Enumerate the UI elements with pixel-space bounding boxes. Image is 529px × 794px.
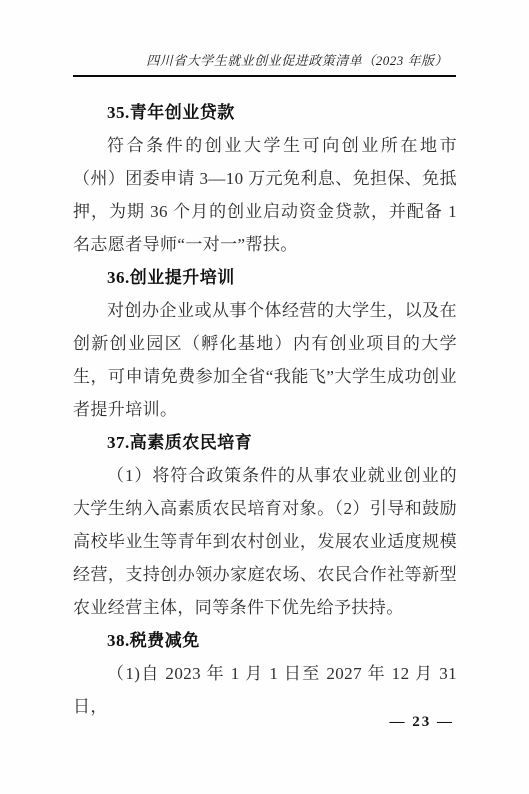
section-heading: 37.高素质农民培育 xyxy=(73,426,457,459)
section-38: 38.税费减免 （1)自 2023 年 1 月 1 日至 2027 年 12 月… xyxy=(73,624,457,723)
section-36: 36.创业提升培训 对创办企业或从事个体经营的大学生，以及在创新创业园区（孵化基… xyxy=(73,261,457,426)
document-body: 35.青年创业贷款 符合条件的创业大学生可向创业所在地市（州）团委申请 3—10… xyxy=(73,96,457,723)
header-rule xyxy=(73,75,456,77)
paragraph: （1）将符合政策条件的从事农业就业创业的大学生纳入高素质农民培育对象。（2）引导… xyxy=(73,459,457,624)
section-heading: 38.税费减免 xyxy=(73,624,457,657)
document-page: 四川省大学生就业创业促进政策清单（2023 年版） 35.青年创业贷款 符合条件… xyxy=(0,0,529,794)
page-header: 四川省大学生就业创业促进政策清单（2023 年版） xyxy=(73,52,456,77)
paragraph: 符合条件的创业大学生可向创业所在地市（州）团委申请 3—10 万元免利息、免担保… xyxy=(73,129,457,261)
paragraph: 对创办企业或从事个体经营的大学生，以及在创新创业园区（孵化基地）内有创业项目的大… xyxy=(73,294,457,426)
section-35: 35.青年创业贷款 符合条件的创业大学生可向创业所在地市（州）团委申请 3—10… xyxy=(73,96,457,261)
section-heading: 36.创业提升培训 xyxy=(73,261,457,294)
header-title: 四川省大学生就业创业促进政策清单（2023 年版） xyxy=(146,53,456,69)
section-heading: 35.青年创业贷款 xyxy=(73,96,457,129)
section-37: 37.高素质农民培育 （1）将符合政策条件的从事农业就业创业的大学生纳入高素质农… xyxy=(73,426,457,624)
page-footer: — 23 — xyxy=(390,711,455,733)
page-number: — 23 — xyxy=(390,714,455,730)
